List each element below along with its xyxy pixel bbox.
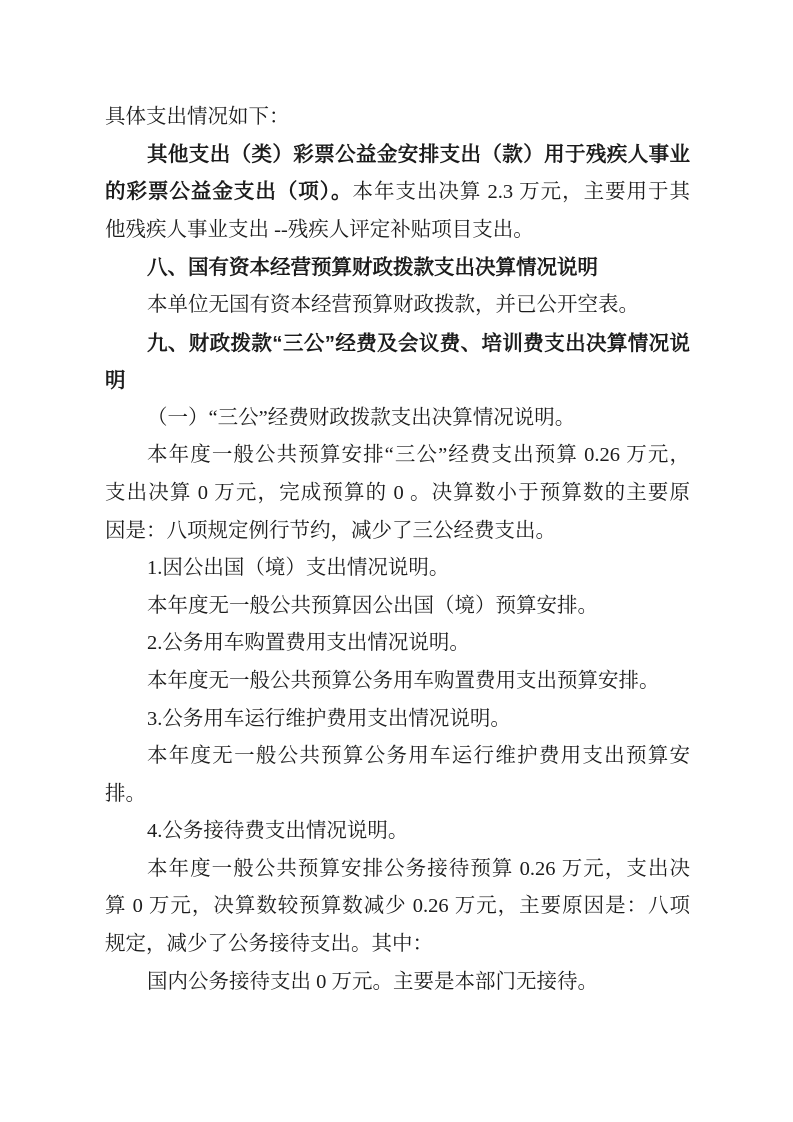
text-segment-body: 具体支出情况如下： xyxy=(105,106,290,128)
text-line: 4.公务接待费支出情况说明。 xyxy=(105,813,690,851)
text-segment-body: 本年支出决算 2.3 万元，主要用于其 xyxy=(352,181,690,203)
text-line: 其他支出（类）彩票公益金安排支出（款）用于残疾人事业 xyxy=(105,137,690,175)
text-line: 规定，减少了公务接待支出。其中： xyxy=(105,926,690,964)
text-segment-body: 国内公务接待支出 0 万元。主要是本部门无接待。 xyxy=(147,971,598,993)
text-line: 1.因公出国（境）支出情况说明。 xyxy=(105,550,690,588)
text-line: 本年度一般公共预算安排“三公”经费支出预算 0.26 万元， xyxy=(105,437,690,475)
text-line: 2.公务用车购置费用支出情况说明。 xyxy=(105,625,690,663)
text-line: 八、国有资本经营预算财政拨款支出决算情况说明 xyxy=(105,249,690,287)
text-line: 本年度一般公共预算安排公务接待预算 0.26 万元，支出决 xyxy=(105,851,690,889)
text-line: 具体支出情况如下： xyxy=(105,99,690,137)
text-segment-body: 规定，减少了公务接待支出。其中： xyxy=(105,933,433,955)
text-segment-bold: 其他支出（类）彩票公益金安排支出（款）用于残疾人事业 xyxy=(147,144,690,166)
text-segment-body: 2.公务用车购置费用支出情况说明。 xyxy=(147,632,470,654)
text-segment-body: 他残疾人事业支出 --残疾人评定补贴项目支出。 xyxy=(105,219,534,241)
text-line: 因是：八项规定例行节约，减少了三公经费支出。 xyxy=(105,513,690,551)
text-segment-heading: 八、国有资本经营预算财政拨款支出决算情况说明 xyxy=(147,256,598,279)
text-segment-body: 算 0 万元，决算数较预算数减少 0.26 万元，主要原因是：八项 xyxy=(105,895,690,917)
text-segment-body: 本单位无国有资本经营预算财政拨款，并已公开空表。 xyxy=(147,294,639,316)
text-line: 他残疾人事业支出 --残疾人评定补贴项目支出。 xyxy=(105,212,690,250)
text-line: 国内公务接待支出 0 万元。主要是本部门无接待。 xyxy=(105,964,690,1002)
text-segment-body: 1.因公出国（境）支出情况说明。 xyxy=(147,557,449,579)
text-line: 本年度无一般公共预算公务用车运行维护费用支出预算安 xyxy=(105,738,690,776)
text-line: （一）“三公”经费财政拨款支出决算情况说明。 xyxy=(105,400,690,438)
text-segment-heading: 九、财政拨款“三公”经费及会议费、培训费支出决算情况说 xyxy=(147,332,690,355)
text-segment-body: （一）“三公”经费财政拨款支出决算情况说明。 xyxy=(147,407,575,429)
text-line: 的彩票公益金支出（项）。本年支出决算 2.3 万元，主要用于其 xyxy=(105,174,690,212)
text-segment-body: 本年度无一般公共预算公务用车购置费用支出预算安排。 xyxy=(147,670,660,692)
text-segment-bold: 的彩票公益金支出（项）。 xyxy=(105,181,352,203)
text-segment-body: 本年度一般公共预算安排公务接待预算 0.26 万元，支出决 xyxy=(147,858,690,880)
text-line: 本单位无国有资本经营预算财政拨款，并已公开空表。 xyxy=(105,287,690,325)
text-segment-body: 排。 xyxy=(105,783,146,805)
text-line: 本年度无一般公共预算因公出国（境）预算安排。 xyxy=(105,588,690,626)
text-segment-body: 4.公务接待费支出情况说明。 xyxy=(147,820,408,842)
text-line: 3.公务用车运行维护费用支出情况说明。 xyxy=(105,701,690,739)
text-segment-heading: 明 xyxy=(105,369,126,392)
text-segment-body: 支出决算 0 万元，完成预算的 0 。决算数小于预算数的主要原 xyxy=(105,482,690,504)
text-segment-body: 本年度一般公共预算安排“三公”经费支出预算 0.26 万元， xyxy=(147,444,690,466)
text-line: 本年度无一般公共预算公务用车购置费用支出预算安排。 xyxy=(105,663,690,701)
document-content: 具体支出情况如下：其他支出（类）彩票公益金安排支出（款）用于残疾人事业的彩票公益… xyxy=(105,99,690,1001)
text-line: 明 xyxy=(105,362,690,400)
text-segment-body: 因是：八项规定例行节约，减少了三公经费支出。 xyxy=(105,520,556,542)
text-segment-body: 本年度无一般公共预算因公出国（境）预算安排。 xyxy=(147,595,598,617)
text-segment-body: 本年度无一般公共预算公务用车运行维护费用支出预算安 xyxy=(147,745,690,767)
text-line: 算 0 万元，决算数较预算数减少 0.26 万元，主要原因是：八项 xyxy=(105,888,690,926)
text-line: 九、财政拨款“三公”经费及会议费、培训费支出决算情况说 xyxy=(105,325,690,363)
text-line: 排。 xyxy=(105,776,690,814)
document-page: 具体支出情况如下：其他支出（类）彩票公益金安排支出（款）用于残疾人事业的彩票公益… xyxy=(0,0,793,1122)
text-segment-body: 3.公务用车运行维护费用支出情况说明。 xyxy=(147,708,511,730)
text-line: 支出决算 0 万元，完成预算的 0 。决算数小于预算数的主要原 xyxy=(105,475,690,513)
